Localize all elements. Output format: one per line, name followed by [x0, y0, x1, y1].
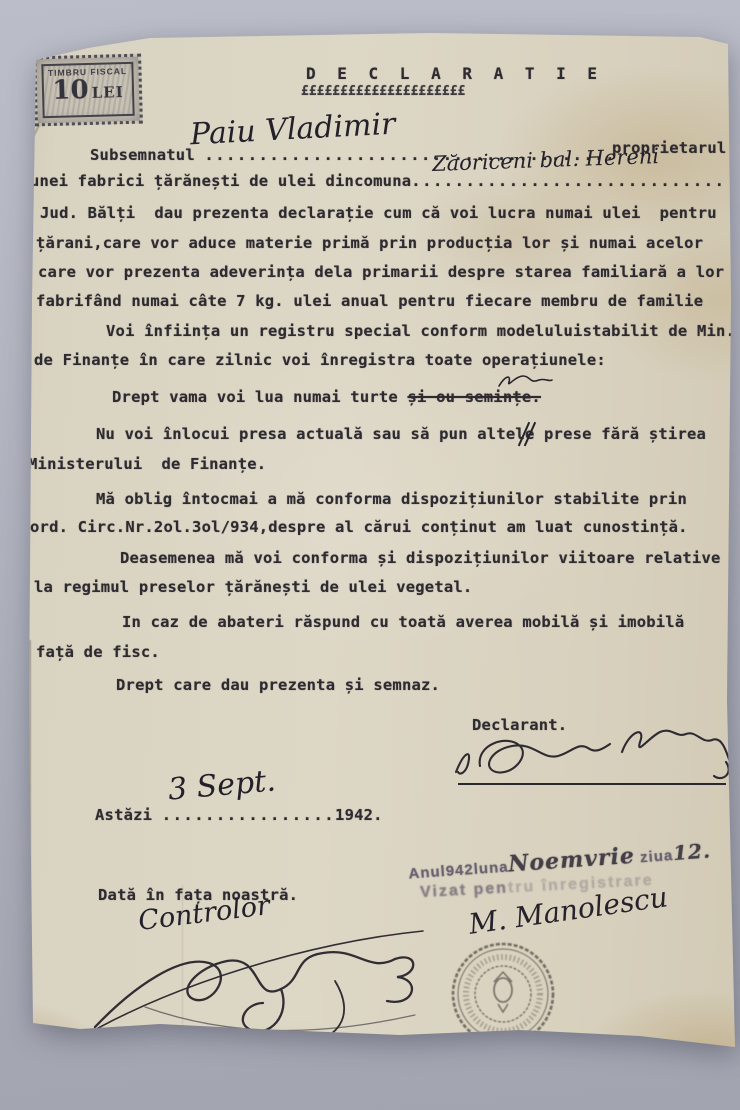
- doc-line-18: Drept care dau prezenta și semnaz.: [116, 676, 440, 694]
- handwritten-visa-day: 12.: [672, 838, 711, 865]
- doc-line-12: Mă oblig întocmai a mă conforma dispoziț…: [96, 490, 687, 508]
- doc-line-6: fabrifând numai câte 7 kg. ulei anual pe…: [36, 292, 703, 310]
- visa-stamp-line2-start: Vizat pen: [420, 880, 509, 902]
- line1-text: Subsemnatul: [90, 146, 204, 164]
- date-line: Astăzi ................1942.: [95, 806, 383, 824]
- revenue-stamp: TIMBRU FISCAL 10 LEI: [33, 54, 143, 127]
- doc-line-14: Deasemenea mă voi conforma și dispozițiu…: [120, 549, 721, 567]
- round-official-seal: [428, 922, 578, 1047]
- revenue-stamp-frame: TIMBRU FISCAL 10 LEI: [41, 62, 134, 118]
- controller-signature: [85, 915, 430, 1050]
- line2-text: unei fabrici țărănești de ulei dincomuna: [30, 172, 411, 190]
- line10-text: Nu voi înlocui presa actuală sau să pun …: [96, 425, 515, 443]
- revenue-stamp-value: 10 LEI: [52, 76, 124, 104]
- handwritten-visa-month: Noemvrie: [507, 843, 635, 878]
- line10-slashed-letters: le: [515, 425, 534, 443]
- doc-line-16: In caz de abateri răspund cu toată avere…: [122, 613, 684, 631]
- date-dotted-leader: ................: [162, 806, 335, 824]
- doc-line-13: ord. Circ.Nr.2ol.3ol/934,despre al cărui…: [30, 518, 688, 536]
- revenue-stamp-amount: 10: [52, 77, 89, 104]
- declarant-signature: [450, 722, 735, 787]
- left-fold-crease: [29, 640, 31, 1025]
- doc-line-15: la regimul preselor țărănești de ulei ve…: [34, 578, 472, 596]
- line9-struck-words: și ou semințe.: [408, 388, 541, 406]
- visa-stamp-year: Anul942: [408, 861, 474, 883]
- handwritten-correction-squiggle: [495, 372, 555, 390]
- bottom-fold-crease: [182, 885, 183, 1030]
- date-label: Astăzi: [95, 806, 162, 824]
- doc-line-8: de Finanțe în care zilnic voi înregistra…: [34, 351, 606, 369]
- doc-line-2: unei fabrici țărănești de ulei dincomuna…: [30, 172, 721, 190]
- doc-line-5: care vor prezenta adeverința dela primar…: [38, 263, 724, 281]
- line10-text-end: prese fără știrea: [534, 425, 706, 443]
- visa-stamp-ziua: ziua: [640, 847, 674, 866]
- declaration-sheet: TIMBRU FISCAL 10 LEI D E C L A R A T I E…: [0, 0, 740, 1110]
- doc-line-7: Voi înființa un registru special conform…: [106, 322, 735, 340]
- doc-line-10: Nu voi înlocui presa actuală sau să pun …: [96, 425, 706, 443]
- document-title: D E C L A R A T I E: [306, 64, 603, 83]
- photo-of-document: TIMBRU FISCAL 10 LEI D E C L A R A T I E…: [0, 0, 740, 1110]
- corner-crease-mark: [30, 125, 40, 142]
- doc-line-17: față de fisc.: [36, 643, 160, 661]
- doc-line-11: Ministerului de Finanțe.: [28, 455, 266, 473]
- doc-line-4: țărani,care vor aduce materie primă prin…: [36, 234, 703, 252]
- line9-text: Drept vama voi lua numai turte: [112, 388, 408, 406]
- date-year: 1942.: [335, 806, 383, 824]
- handwritten-date-day: 3 Sept.: [167, 763, 277, 807]
- declarant-signature-line: [458, 783, 726, 785]
- revenue-stamp-currency: LEI: [91, 85, 123, 101]
- paper-shadow: TIMBRU FISCAL 10 LEI D E C L A R A T I E…: [0, 0, 740, 1110]
- title-ornament: £££££££££££££££££££££: [301, 84, 465, 99]
- doc-line-9: Drept vama voi lua numai turte și ou sem…: [112, 388, 541, 406]
- visa-stamp-luna: luna: [473, 859, 509, 878]
- doc-line-3: Jud. Bălți dau prezenta declarație cum c…: [40, 204, 717, 222]
